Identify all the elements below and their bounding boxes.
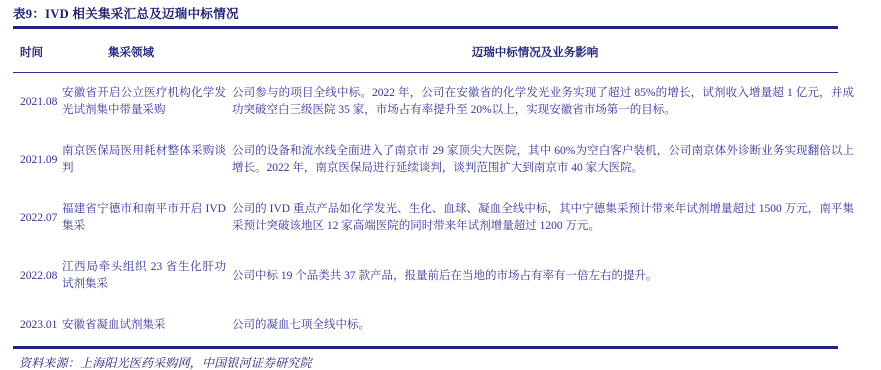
column-header-area: 集采领域 — [62, 44, 232, 60]
cell-detail: 公司的设备和流水线全面进入了南京市 29 家顶尖大医院，其中 60%为空白客户装… — [232, 143, 854, 177]
table-header-row: 时间 集采领域 迈瑞中标情况及业务影响 — [13, 29, 838, 72]
cell-detail: 公司中标 19 个品类共 37 款产品，报量前后在当地的市场占有率有一倍左右的提… — [232, 268, 854, 285]
cell-area: 安徽省凝血试剂集采 — [62, 317, 232, 334]
report-page: 表9：IVD 相关集采汇总及迈瑞中标情况 时间 集采领域 迈瑞中标情况及业务影响… — [0, 0, 881, 370]
table-title: 表9：IVD 相关集采汇总及迈瑞中标情况 — [13, 4, 841, 22]
table-row: 2021.09 南京医保局医用耗材整体采购谈判 公司的设备和流水线全面进入了南京… — [13, 131, 838, 189]
cell-time: 2022.08 — [13, 268, 62, 285]
table-row: 2023.01 安徽省凝血试剂集采 公司的凝血七项全线中标。 — [13, 305, 838, 346]
source-note: 资料来源：上海阳光医药采购网，中国银河证券研究院 — [13, 354, 841, 370]
cell-time: 2021.09 — [13, 152, 62, 169]
procurement-table: 表9：IVD 相关集采汇总及迈瑞中标情况 时间 集采领域 迈瑞中标情况及业务影响… — [13, 4, 841, 370]
table-row: 2021.08 安徽省开启公立医疗机构化学发光试剂集中带量采购 公司参与的项目全… — [13, 73, 838, 131]
cell-detail: 公司的 IVD 重点产品如化学发光、生化、血球、凝血全线中标，其中宁德集采预计带… — [232, 201, 854, 235]
cell-area: 南京医保局医用耗材整体采购谈判 — [62, 143, 232, 177]
cell-detail: 公司的凝血七项全线中标。 — [232, 317, 854, 334]
cell-detail: 公司参与的项目全线中标。2022 年，公司在安徽省的化学发光业务实现了超过 85… — [232, 85, 854, 119]
column-header-time: 时间 — [13, 44, 62, 60]
cell-area: 江西局牵头组织 23 省生化肝功试剂集采 — [62, 259, 232, 293]
cell-area: 安徽省开启公立医疗机构化学发光试剂集中带量采购 — [62, 85, 232, 119]
cell-area: 福建省宁德市和南平市开启 IVD 集采 — [62, 201, 232, 235]
bottom-rule — [13, 346, 838, 349]
cell-time: 2021.08 — [13, 94, 62, 111]
table-row: 2022.08 江西局牵头组织 23 省生化肝功试剂集采 公司中标 19 个品类… — [13, 247, 838, 305]
cell-time: 2022.07 — [13, 210, 62, 227]
cell-time: 2023.01 — [13, 317, 62, 334]
column-header-detail: 迈瑞中标情况及业务影响 — [232, 44, 838, 60]
table-row: 2022.07 福建省宁德市和南平市开启 IVD 集采 公司的 IVD 重点产品… — [13, 189, 838, 247]
